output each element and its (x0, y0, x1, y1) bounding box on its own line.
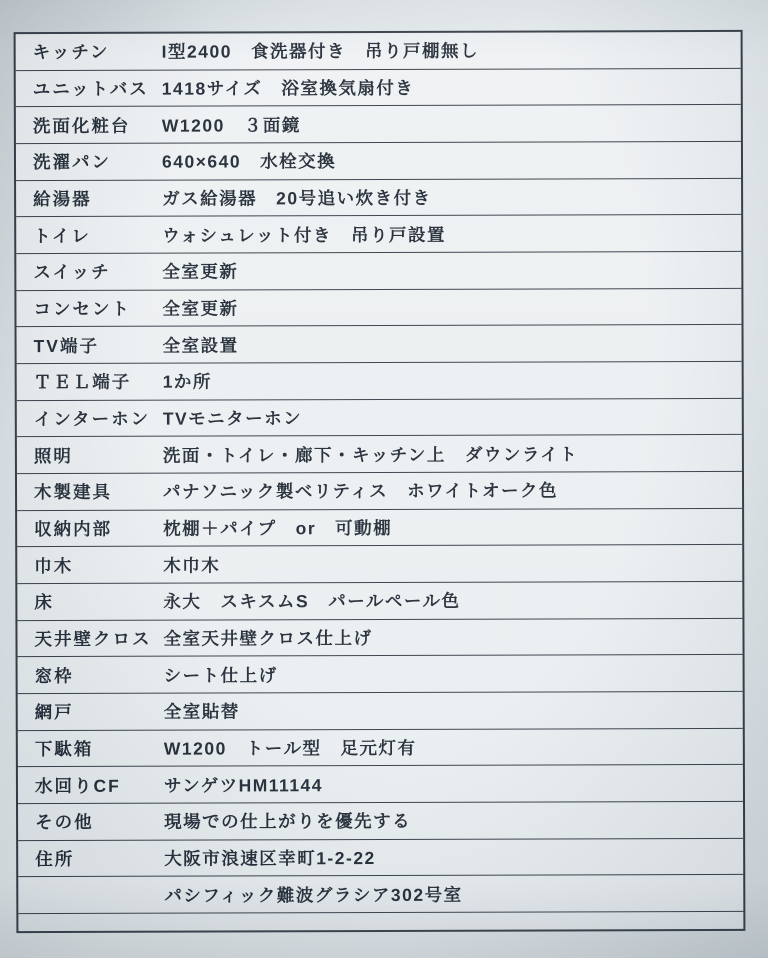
table-row: インターホンTVモニターホン (17, 399, 742, 438)
row-value (164, 920, 743, 922)
table-spacer-row (18, 912, 743, 931)
row-label: トイレ (16, 222, 162, 247)
row-label: キッチン (16, 39, 162, 64)
table-row: 窓枠シート仕上げ (18, 655, 743, 694)
row-label: 窓枠 (18, 662, 164, 687)
row-value: 1418サイズ 浴室換気扇付き (162, 74, 741, 101)
table-row: 巾木木巾木 (17, 545, 742, 584)
row-label: 照明 (17, 442, 163, 467)
table-row: 洗面化粧台W1200 ３面鏡 (16, 105, 741, 144)
row-label: 収納内部 (17, 516, 163, 541)
row-label: 給湯器 (16, 186, 162, 211)
row-label: スイッチ (16, 259, 162, 284)
row-label: その他 (18, 809, 164, 834)
table-row: 収納内部枕棚＋パイプ or 可動棚 (17, 509, 742, 548)
table-row: 木製建具パナソニック製ベリティス ホワイトオーク色 (17, 472, 742, 511)
row-label: 洗面化粧台 (16, 112, 162, 137)
row-value: 全室更新 (162, 294, 741, 321)
row-label: 木製建具 (17, 479, 163, 504)
row-value: 1か所 (163, 367, 742, 394)
table-row: 床永大 スキスムS パールペール色 (17, 582, 742, 621)
row-label: ユニットバス (16, 76, 162, 101)
row-value: I型2400 食洗器付き 吊り戸棚無し (162, 37, 741, 64)
row-value: サンゲツHM11144 (164, 771, 743, 798)
row-value: 全室設置 (163, 331, 742, 358)
row-value: パナソニック製ベリティス ホワイトオーク色 (163, 477, 742, 504)
row-label: 住所 (18, 846, 164, 871)
spec-table: キッチンI型2400 食洗器付き 吊り戸棚無しユニットバス1418サイズ 浴室換… (14, 30, 746, 933)
row-label: TV端子 (17, 332, 163, 357)
row-value: TVモニターホン (163, 404, 742, 431)
row-value: パシフィック難波グラシア302号室 (164, 881, 743, 908)
table-row: 住所大阪市浪速区幸町1-2-22 (18, 839, 743, 878)
row-value: 大阪市浪速区幸町1-2-22 (164, 844, 743, 871)
table-row: パシフィック難波グラシア302号室 (18, 875, 743, 914)
table-row: その他現場での仕上がりを優先する (18, 802, 743, 841)
row-label: 網戸 (18, 699, 164, 724)
table-row: 天井壁クロス全室天井壁クロス仕上げ (17, 619, 742, 658)
table-row: 給湯器ガス給湯器 20号追い炊き付き (16, 179, 741, 218)
row-value: ウォシュレット付き 吊り戸設置 (162, 221, 741, 248)
row-label: 水回りCF (18, 772, 164, 797)
table-row: 網戸全室貼替 (18, 692, 743, 731)
row-label: 床 (17, 589, 163, 614)
row-value: 永大 スキスムS パールペール色 (163, 587, 742, 614)
row-label: 天井壁クロス (17, 626, 163, 651)
row-label: 巾木 (17, 552, 163, 577)
row-label: 洗濯パン (16, 149, 162, 174)
row-value: 全室更新 (162, 257, 741, 284)
row-label: インターホン (17, 406, 163, 431)
row-label: ＴＥＬ端子 (17, 369, 163, 394)
row-value: 全室天井壁クロス仕上げ (163, 624, 742, 651)
table-row: 洗濯パン640×640 水栓交換 (16, 142, 741, 181)
table-row: トイレウォシュレット付き 吊り戸設置 (16, 215, 741, 254)
document-photo: キッチンI型2400 食洗器付き 吊り戸棚無しユニットバス1418サイズ 浴室換… (0, 0, 768, 958)
row-value: 枕棚＋パイプ or 可動棚 (163, 514, 742, 541)
row-value: ガス給湯器 20号追い炊き付き (162, 184, 741, 211)
table-row: キッチンI型2400 食洗器付き 吊り戸棚無し (16, 32, 741, 71)
row-value: 洗面・トイレ・廊下・キッチン上 ダウンライト (163, 441, 742, 468)
row-label: 下駄箱 (18, 736, 164, 761)
row-value: 木巾木 (163, 551, 742, 578)
table-row: ＴＥＬ端子1か所 (17, 362, 742, 401)
row-value: W1200 ３面鏡 (162, 111, 741, 138)
table-row: ユニットバス1418サイズ 浴室換気扇付き (16, 69, 741, 108)
row-value: 640×640 水栓交換 (162, 147, 741, 174)
table-row: 照明洗面・トイレ・廊下・キッチン上 ダウンライト (17, 435, 742, 474)
row-value: 現場での仕上がりを優先する (164, 807, 743, 834)
row-value: 全室貼替 (164, 697, 743, 724)
table-row: 下駄箱W1200 トール型 足元灯有 (18, 729, 743, 768)
row-label: コンセント (16, 296, 162, 321)
table-row: スイッチ全室更新 (16, 252, 741, 291)
row-value: シート仕上げ (164, 661, 743, 688)
table-row: 水回りCFサンゲツHM11144 (18, 765, 743, 804)
table-row: コンセント全室更新 (16, 289, 741, 328)
table-row: TV端子全室設置 (17, 325, 742, 364)
row-value: W1200 トール型 足元灯有 (164, 734, 743, 761)
